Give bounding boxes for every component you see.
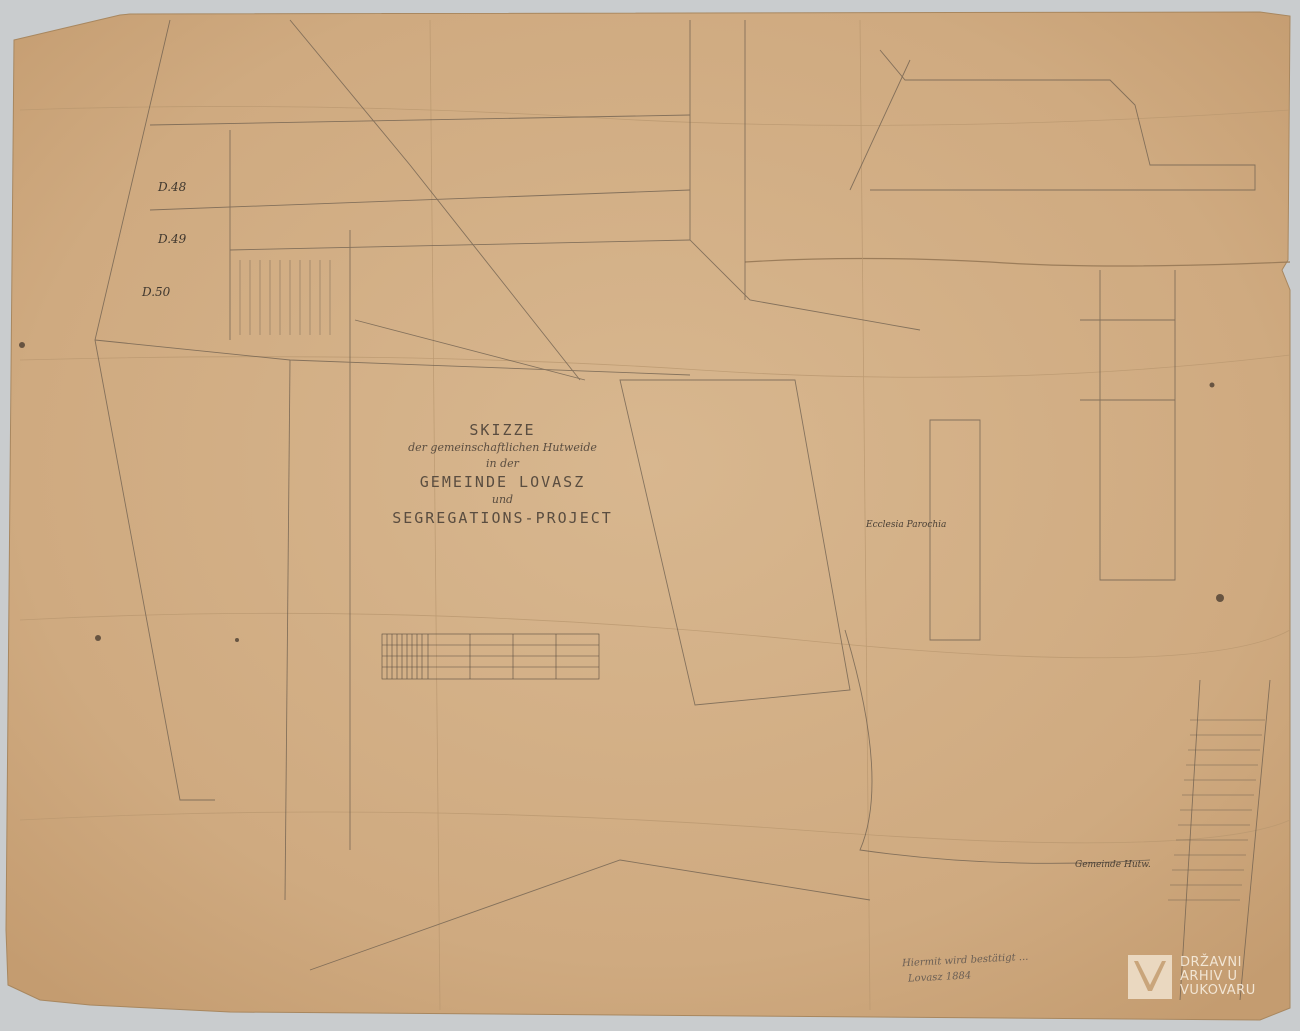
watermark-line3: VUKOVARU [1180,984,1256,998]
watermark-line2: ARHIV U [1180,970,1256,984]
archive-watermark: DRŽAVNI ARHIV U VUKOVARU [1128,955,1256,999]
map-title-block: SKIZZE der gemeinschaftlichen Hutweide i… [375,420,630,528]
river-label: Gemeinde Hutw. [1075,860,1151,870]
parcel-d49: D.49 [158,232,186,246]
title-und: und [375,492,630,508]
parcel-d48: D.48 [158,180,186,194]
title-subtitle: der gemeinschaftlichen Hutweide [375,440,630,456]
title-gemeinde: GEMEINDE LOVASZ [375,472,630,492]
archive-logo-icon [1128,955,1172,999]
title-project: SEGREGATIONS-PROJECT [375,508,630,528]
map-sheet [0,0,1300,1031]
title-in-der: in der [375,456,630,472]
watermark-line1: DRŽAVNI [1180,956,1256,970]
parcel-d50: D.50 [142,285,170,299]
area-label: Ecclesia Parochia [866,520,946,530]
title-skizze: SKIZZE [375,420,630,440]
